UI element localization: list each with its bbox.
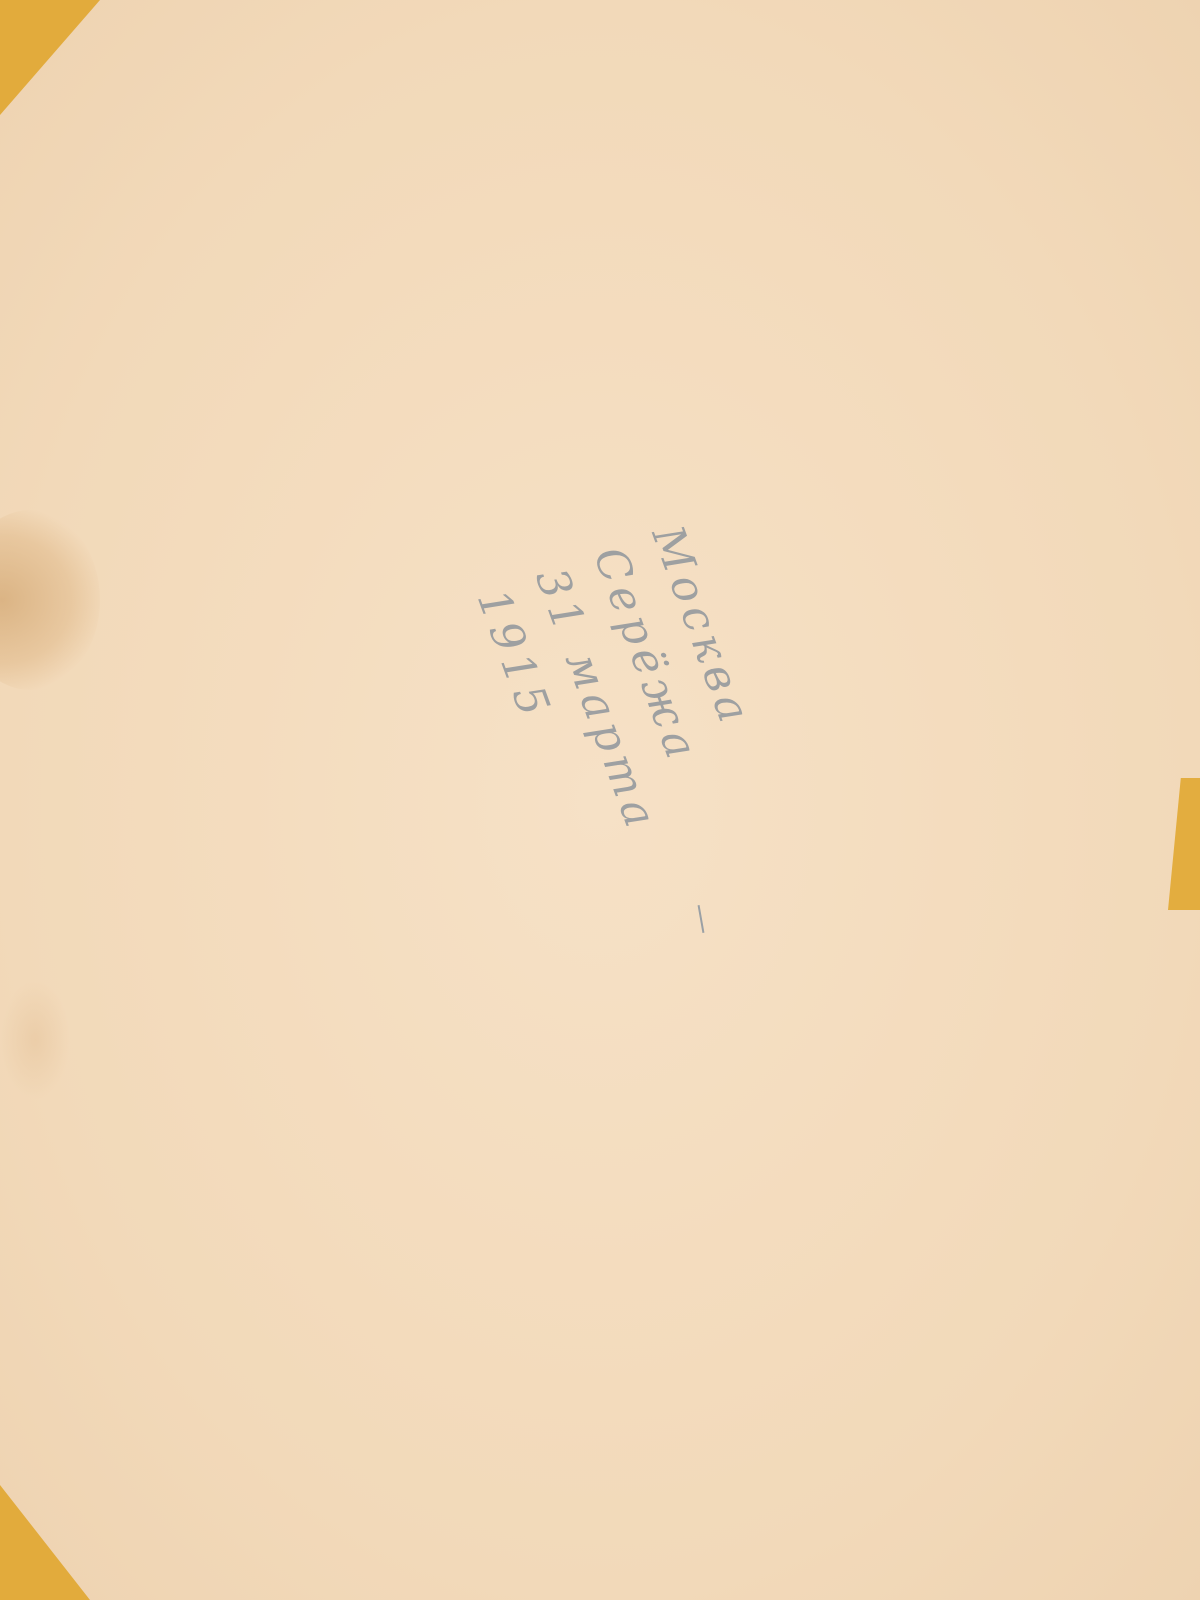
- tape-top-left: [0, 0, 100, 115]
- pencil-inscription: Москва Серёжа 31 марта 1915: [400, 430, 850, 950]
- inscription-text: Москва Серёжа 31 марта 1915: [461, 518, 789, 863]
- tape-bottom-left: [0, 1485, 90, 1600]
- faint-stain: [0, 980, 70, 1100]
